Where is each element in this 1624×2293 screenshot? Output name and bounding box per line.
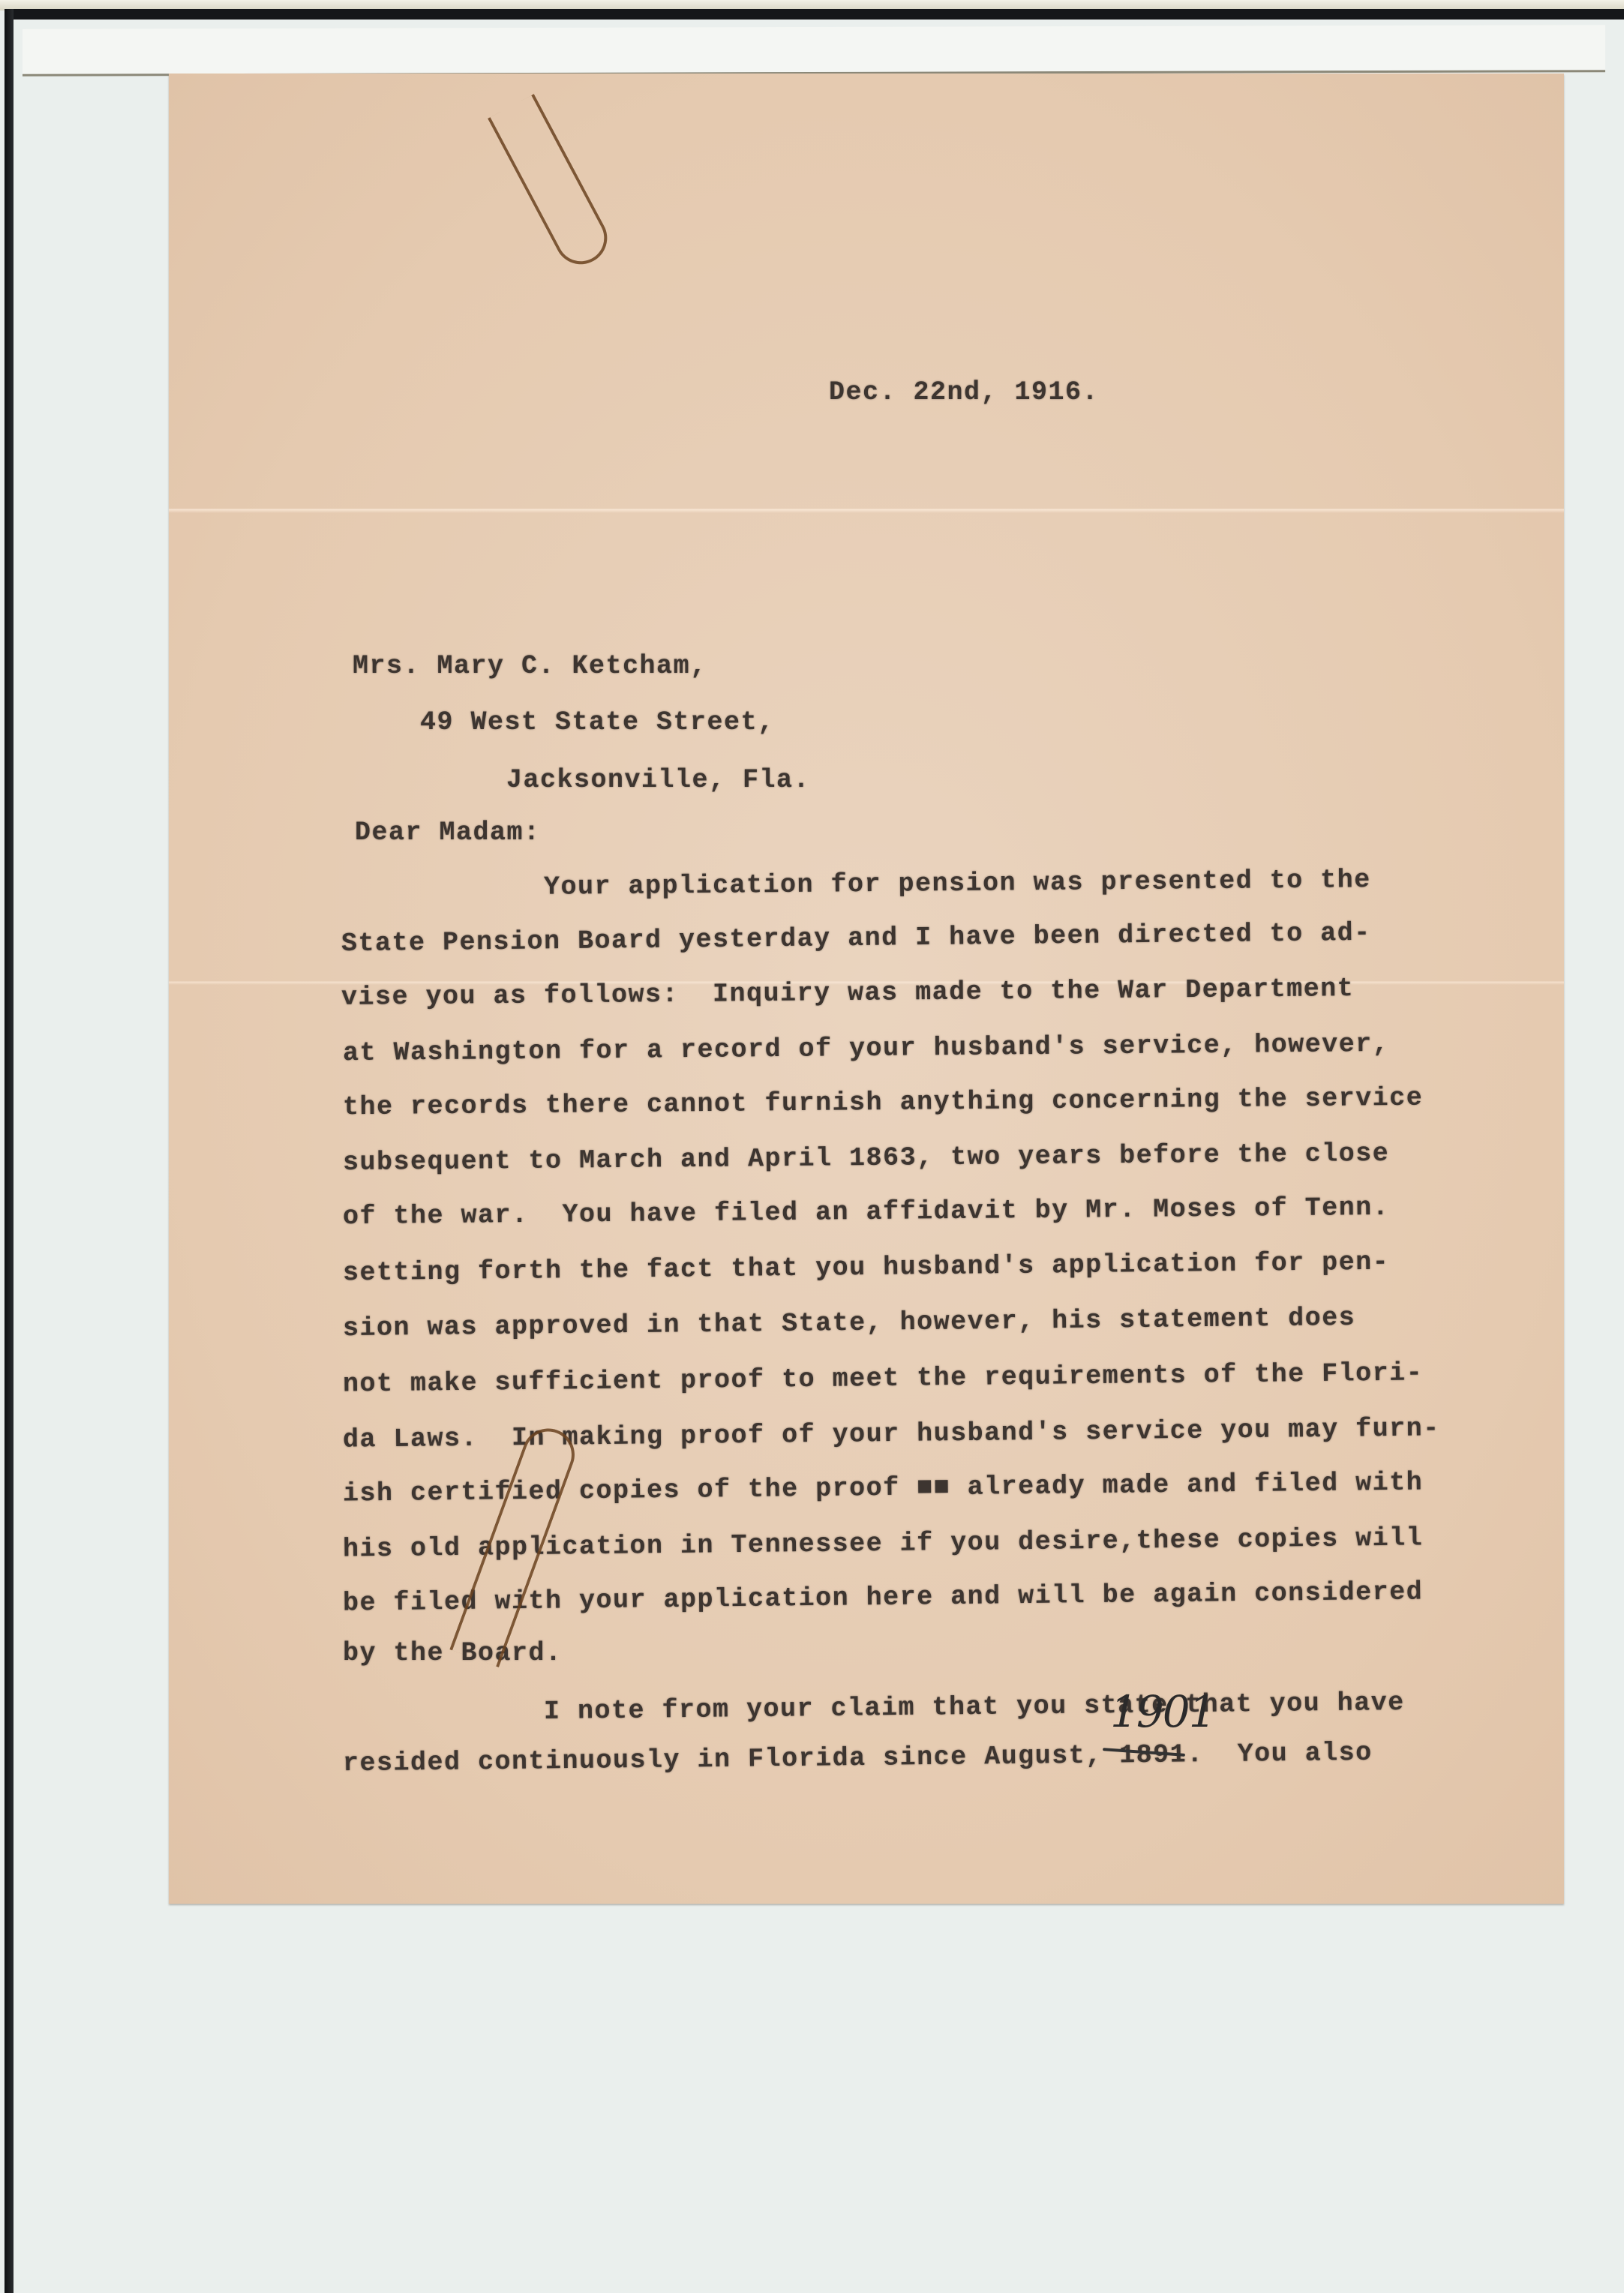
body-line: subsequent to March and April 1863, two …: [343, 1139, 1390, 1178]
letter-date: Dec. 22nd, 1916.: [829, 377, 1099, 407]
body-line: of the war. You have filed an affidavit …: [343, 1193, 1390, 1232]
body-line: sion was approved in that State, however…: [343, 1303, 1356, 1343]
body-line: the records there cannot furnish anythin…: [343, 1083, 1424, 1123]
body-line: setting forth the fact that you husband'…: [343, 1247, 1390, 1289]
folder-tab-strip: [23, 25, 1605, 77]
body-line: Your application for pension was present…: [544, 865, 1371, 902]
letter-page: Dec. 22nd, 1916. Mrs. Mary C. Ketcham, 4…: [169, 74, 1564, 1904]
scan-frame-left: [5, 9, 14, 2293]
body-line: not make sufficient proof to meet the re…: [343, 1358, 1424, 1399]
recipient-city: Jacksonville, Fla.: [506, 765, 810, 795]
body-line: vise you as follows: Inquiry was made to…: [341, 974, 1355, 1013]
recipient-street: 49 West State Street,: [420, 707, 775, 737]
scan-frame-top: [8, 9, 1624, 20]
paperclip-rust-mark-icon: [488, 94, 617, 273]
body-line: at Washington for a record of your husba…: [343, 1029, 1390, 1068]
body-line: State Pension Board yesterday and I have…: [341, 918, 1371, 959]
recipient-name: Mrs. Mary C. Ketcham,: [353, 651, 707, 681]
body-line: da Laws. In making proof of your husband…: [343, 1413, 1440, 1454]
salutation: Dear Madam:: [355, 818, 541, 848]
body-line: resided continuously in Florida since Au…: [343, 1738, 1373, 1778]
handwritten-year-correction: 1901: [1110, 1686, 1215, 1737]
body-line: I note from your claim that you state th…: [544, 1688, 1405, 1727]
